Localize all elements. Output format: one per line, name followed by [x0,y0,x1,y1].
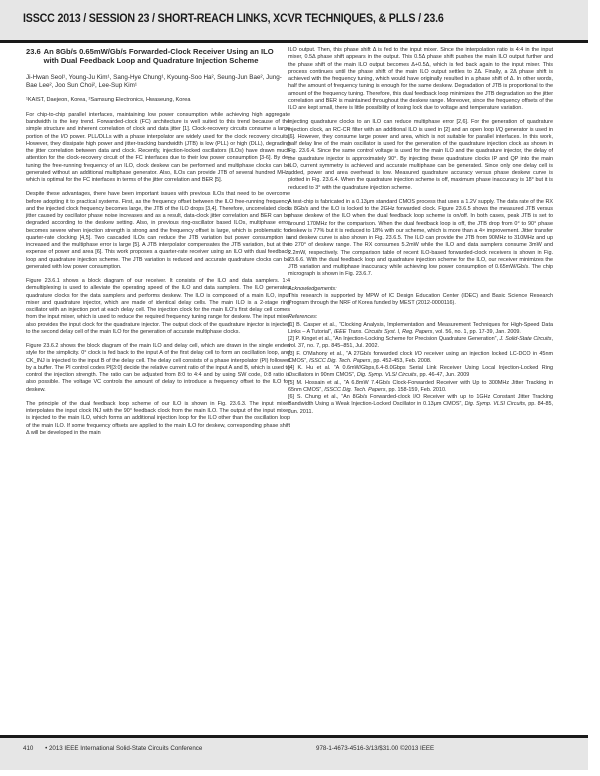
body-paragraph: The principle of the dual feedback loop … [26,401,290,437]
author-list: Ji-Hwan Seol¹, Young-Ju Kim¹, Sang-Hye C… [26,74,290,90]
paper-title: An 8Gb/s 0.65mW/Gb/s Forwarded-Clock Rec… [44,47,290,66]
references-section: References: [1] B. Casper et al., “Clock… [288,314,553,416]
acknowledgements-text: This research is supported by MPW of IC … [288,293,553,308]
reference-item: [1] B. Casper et al., “Clocking Analysis… [288,322,553,337]
body-paragraph: For chip-to-chip parallel interfaces, ma… [26,112,290,185]
references-heading: References: [288,314,553,321]
reference-item: [5] M. Hossain et al., “A 6.8mW 7.4Gb/s … [288,380,553,395]
right-column: ILO output. Then, this phase shift Δ is … [288,47,553,416]
acknowledgements-heading: Acknowledgements: [288,286,553,293]
acknowledgements-section: Acknowledgements: This research is suppo… [288,286,553,308]
body-paragraph: Figure 23.6.2 shows the block diagram of… [26,343,290,394]
isbn-copyright: 978-1-4673-4516-3/13/$31.00 ©2013 IEEE [316,745,434,752]
header-divider [0,40,588,43]
page-number: 410 [23,745,33,752]
conference-name: • 2013 IEEE International Solid-State Ci… [45,745,202,752]
reference-item: [4] K. Hu et al. “A 0.6mW/Gbps,6.4-8.0Gb… [288,365,553,380]
reference-item: [2] P. Kinget et al., “An Injection-Lock… [288,336,553,351]
reference-item: [3] F. O'Mahony et al., “A 27Gb/s forwar… [288,351,553,366]
body-paragraph: A test-chip is fabricated in a 0.13μm st… [288,199,553,279]
footer-left: 410 • 2013 IEEE International Solid-Stat… [23,745,202,752]
body-paragraph: Despite these advantages, there have bee… [26,191,290,271]
affiliations: ¹KAIST, Daejeon, Korea, ²Samsung Electro… [26,97,290,104]
reference-item: [6] S. Chung et al., “An 8Gb/s Forwarded… [288,394,553,416]
paper-heading: 23.6 An 8Gb/s 0.65mW/Gb/s Forwarded-Cloc… [26,47,290,66]
footer-band [0,738,588,770]
body-paragraph: ILO output. Then, this phase shift Δ is … [288,47,553,112]
paper-number: 23.6 [26,47,44,66]
body-paragraph: Injecting quadrature clocks to an ILO ca… [288,119,553,192]
running-header: ISSCC 2013 / SESSION 23 / SHORT-REACH LI… [23,12,444,25]
body-paragraph: Figure 23.6.1 shows a block diagram of o… [26,278,290,336]
left-column: 23.6 An 8Gb/s 0.65mW/Gb/s Forwarded-Cloc… [26,47,290,444]
